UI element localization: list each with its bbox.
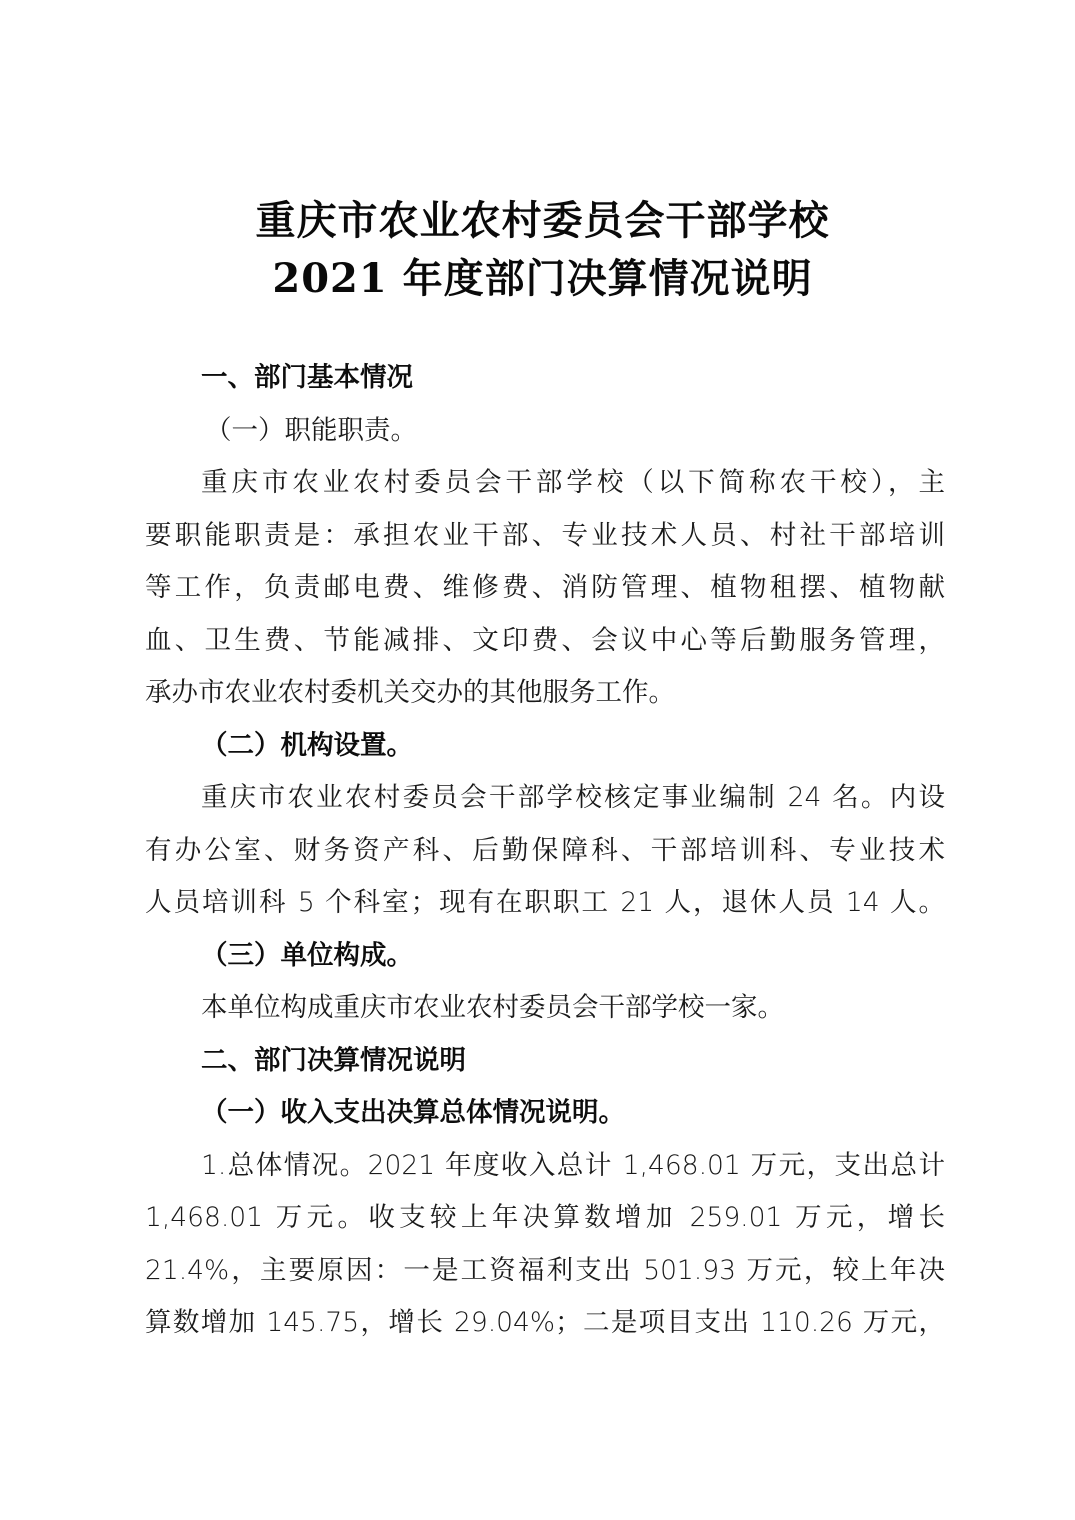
paragraph-line: 要职能职责是：承担农业干部、专业技术人员、村社干部培训 bbox=[145, 510, 945, 563]
paragraph-line: 21.4%，主要原因：一是工资福利支出 501.93 万元，较上年决 bbox=[145, 1245, 945, 1298]
section-heading-final-accounts: 二、部门决算情况说明 bbox=[145, 1035, 945, 1088]
section-heading-basic-info: 一、部门基本情况 bbox=[145, 352, 945, 405]
paragraph-line: 重庆市农业农村委员会干部学校（以下简称农干校），主 bbox=[145, 457, 945, 510]
paragraph-line: 本单位构成重庆市农业农村委员会干部学校一家。 bbox=[145, 982, 945, 1035]
subsection-heading-unit-composition: （三）单位构成。 bbox=[145, 930, 945, 983]
title-line-2: 2021 年度部门决算情况说明 bbox=[0, 250, 1075, 308]
paragraph-line: 重庆市农业农村委员会干部学校核定事业编制 24 名。内设 bbox=[145, 772, 945, 825]
subsection-heading-organization: （二）机构设置。 bbox=[145, 720, 945, 773]
subsection-heading-functions: （一）职能职责。 bbox=[145, 405, 945, 458]
paragraph-line: 承办市农业农村委机关交办的其他服务工作。 bbox=[145, 667, 945, 720]
paragraph-line: 1.总体情况。2021 年度收入总计 1,468.01 万元，支出总计 bbox=[145, 1140, 945, 1193]
paragraph-line: 有办公室、财务资产科、后勤保障科、干部培训科、专业技术 bbox=[145, 825, 945, 878]
paragraph-line: 算数增加 145.75，增长 29.04%；二是项目支出 110.26 万元， bbox=[145, 1297, 945, 1350]
paragraph-line: 血、卫生费、节能减排、文印费、会议中心等后勤服务管理， bbox=[145, 615, 945, 668]
document-page: 重庆市农业农村委员会干部学校 2021 年度部门决算情况说明 一、部门基本情况 … bbox=[0, 0, 1075, 1520]
paragraph-line: 1,468.01 万元。收支较上年决算数增加 259.01 万元，增长 bbox=[145, 1192, 945, 1245]
document-body: 一、部门基本情况 （一）职能职责。 重庆市农业农村委员会干部学校（以下简称农干校… bbox=[145, 352, 945, 1350]
title-line-1: 重庆市农业农村委员会干部学校 bbox=[0, 192, 1075, 250]
subsection-heading-income-expenditure: （一）收入支出决算总体情况说明。 bbox=[145, 1087, 945, 1140]
paragraph-line: 人员培训科 5 个科室；现有在职职工 21 人，退休人员 14 人。 bbox=[145, 877, 945, 930]
document-title: 重庆市农业农村委员会干部学校 2021 年度部门决算情况说明 bbox=[0, 192, 1075, 308]
paragraph-line: 等工作，负责邮电费、维修费、消防管理、植物租摆、植物献 bbox=[145, 562, 945, 615]
